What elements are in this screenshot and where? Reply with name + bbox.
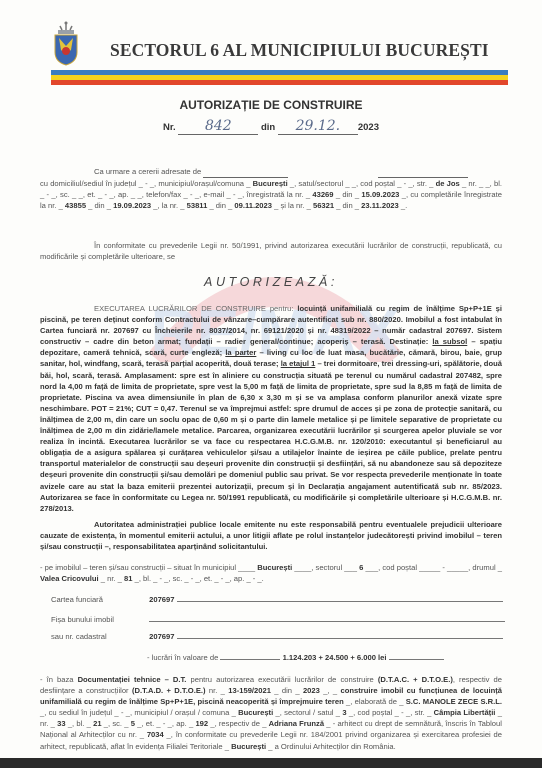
year: 2023	[358, 122, 379, 133]
law-paragraph: În conformitate cu prevederile Legii nr.…	[40, 240, 502, 262]
registry-label: Fișa bunului imobil	[51, 615, 147, 624]
tech-doc-text: _, et. _ - _, ap. _	[137, 719, 193, 728]
request-text: _, satul/sectorul _ _, cod poștal _ - _,…	[290, 179, 434, 188]
request-street: de Jos	[436, 179, 460, 188]
completion-number: 43855	[65, 201, 86, 210]
tech-doc-text: nr. _	[209, 686, 225, 695]
execution-lead: EXECUTAREA LUCRĂRILOR DE CONSTRUIRE pent…	[94, 304, 293, 313]
property-text: - pe imobilul – teren și/sau construcții…	[40, 563, 255, 572]
request-intro: Ca urmare a cererii adresate de	[94, 167, 201, 176]
tech-doc-value: Documentației tehnice – D.T.	[78, 675, 187, 684]
tech-doc-value: Adriana Frunză	[269, 719, 324, 728]
works-value: 1.124.203 + 24.500 + 6.000 lei	[283, 653, 387, 662]
tech-doc-value: Câmpia Libertății	[434, 708, 496, 717]
tech-doc-text: _ din _	[274, 686, 299, 695]
request-paragraph: Ca urmare a cererii adresate de cu domic…	[40, 166, 502, 211]
registry-row-property-sheet: Fișa bunului imobil	[51, 615, 505, 624]
tech-doc-value: 33	[57, 719, 65, 728]
ground-floor-label: la parter	[225, 348, 256, 357]
applicant-blank-2	[378, 166, 468, 178]
date-label: din	[261, 122, 275, 133]
tech-doc-text: _, cod poștal _ - _, str. _	[349, 708, 431, 717]
tech-doc-text: - în baza	[40, 675, 73, 684]
tech-doc-text: _, sectorul / satul _	[276, 708, 341, 717]
registry-line	[177, 601, 503, 602]
tech-doc-text: _, elaborată de _	[346, 697, 403, 706]
tech-doc-value: S.C. MANOLE ZECE S.R.L.	[406, 697, 502, 706]
technical-documentation-paragraph: - în baza Documentației tehnice – D.T. p…	[40, 674, 502, 752]
property-city: București	[257, 563, 292, 572]
registration-number: 43269	[312, 190, 333, 199]
request-text: _ din _	[336, 201, 359, 210]
coat-of-arms-icon	[52, 20, 80, 66]
tech-doc-value: 2023	[303, 686, 320, 695]
works-value-line	[220, 659, 280, 660]
flag-band-red	[51, 80, 508, 85]
property-location: - pe imobilul – teren și/sau construcții…	[40, 562, 502, 584]
request-text: _ și la nr. _	[274, 201, 311, 210]
tech-doc-text: _, bl. _	[68, 719, 91, 728]
tech-doc-value: (D.T.A.C. + D.T.O.E.)	[378, 675, 453, 684]
date-value: 29.12.	[278, 118, 358, 135]
tech-doc-text: pentru autorizarea executării lucrărilor…	[191, 675, 374, 684]
completion-number: 53811	[187, 201, 208, 210]
property-text: ___, cod poștal _____ - _____,	[365, 563, 470, 572]
property-number: 81	[124, 574, 132, 583]
number-label: Nr.	[163, 122, 176, 133]
first-floor-text: – trei dormitoare, trei dressing-uri, sp…	[40, 359, 502, 512]
registry-value: 207697	[149, 632, 174, 641]
request-text: _ din _	[336, 190, 359, 199]
issuer-title: SECTORUL 6 AL MUNICIPIULUI BUCUREȘTI	[110, 40, 530, 61]
tech-doc-text: _, _	[323, 686, 337, 695]
tech-doc-value: 3	[342, 708, 346, 717]
tech-doc-text: _, respectiv de _	[210, 719, 266, 728]
authorize-heading: AUTORIZEAZĂ:	[0, 275, 542, 289]
tech-doc-value: 192	[195, 719, 208, 728]
document-number-line: Nr. 842 din 29.12.2023	[0, 118, 542, 135]
works-value-label: - lucrări în valoare de	[147, 653, 218, 662]
request-text: _.	[401, 201, 407, 210]
registry-line	[177, 638, 503, 639]
flag-tricolor-band	[51, 70, 508, 85]
works-value-row: - lucrări în valoare de 1.124.203 + 24.5…	[147, 653, 444, 662]
tech-doc-value: 21	[93, 719, 101, 728]
basement-label: la subsol	[432, 337, 467, 346]
request-text: _, la nr. _	[153, 201, 184, 210]
request-text: _ din _	[88, 201, 111, 210]
tech-doc-value: București	[238, 708, 273, 717]
first-floor-label: la etajul 1	[281, 359, 316, 368]
registry-label: Cartea funciară	[51, 595, 147, 604]
request-city: București	[253, 179, 288, 188]
registration-date: 15.09.2023	[361, 190, 399, 199]
works-value-line	[389, 659, 444, 660]
document-title: AUTORIZAȚIE DE CONSTRUIRE	[0, 98, 542, 112]
property-street: Valea Cricovului	[40, 574, 99, 583]
property-sector: 6	[359, 563, 363, 572]
completion-date: 19.09.2023	[113, 201, 151, 210]
bottom-dark-edge	[0, 758, 542, 768]
completion-date: 09.11.2023	[234, 201, 272, 210]
request-text: _ din _	[209, 201, 232, 210]
applicant-blank	[203, 166, 288, 178]
tech-doc-value: 13-159/2021	[228, 686, 271, 695]
tech-doc-value: București	[231, 742, 266, 751]
property-text: _ nr. _	[101, 574, 122, 583]
completion-date: 23.11.2023	[361, 201, 399, 210]
registry-value: 207697	[149, 595, 174, 604]
tech-doc-value: 5	[131, 719, 135, 728]
registry-line	[149, 621, 505, 622]
completion-number: 56321	[313, 201, 334, 210]
registry-label: sau nr. cadastral	[51, 632, 147, 641]
tech-doc-value: 7034	[147, 730, 164, 739]
tech-doc-text: _, sc. _	[104, 719, 129, 728]
property-text: _, bl. _ - _, sc. _ - _, et. _ - _, ap. …	[135, 574, 264, 583]
number-value: 842	[178, 118, 258, 135]
tech-doc-text: _ a Ordinului Arhitecților din România.	[268, 742, 395, 751]
tech-doc-text: _, cu sediul în județul _ - _, municipiu…	[40, 708, 236, 717]
execution-paragraph: EXECUTAREA LUCRĂRILOR DE CONSTRUIRE pent…	[40, 303, 502, 514]
responsibility-paragraph: Autoritatea administrației publice local…	[40, 519, 502, 552]
property-text: drumul _	[472, 563, 502, 572]
registry-row-cadastral: sau nr. cadastral 207697	[51, 632, 503, 641]
registry-row-land-book: Cartea funciară 207697	[51, 595, 503, 604]
request-text: cu domiciliul/sediul în județul _ - _, m…	[40, 179, 250, 188]
authorization-document: SECTORUL 6 AL MUNICIPIULUI BUCUREȘTI AUT…	[0, 0, 542, 768]
tech-doc-value: (D.T.A.D. + D.T.O.E.)	[132, 686, 206, 695]
property-text: ____, sectorul ___	[294, 563, 357, 572]
